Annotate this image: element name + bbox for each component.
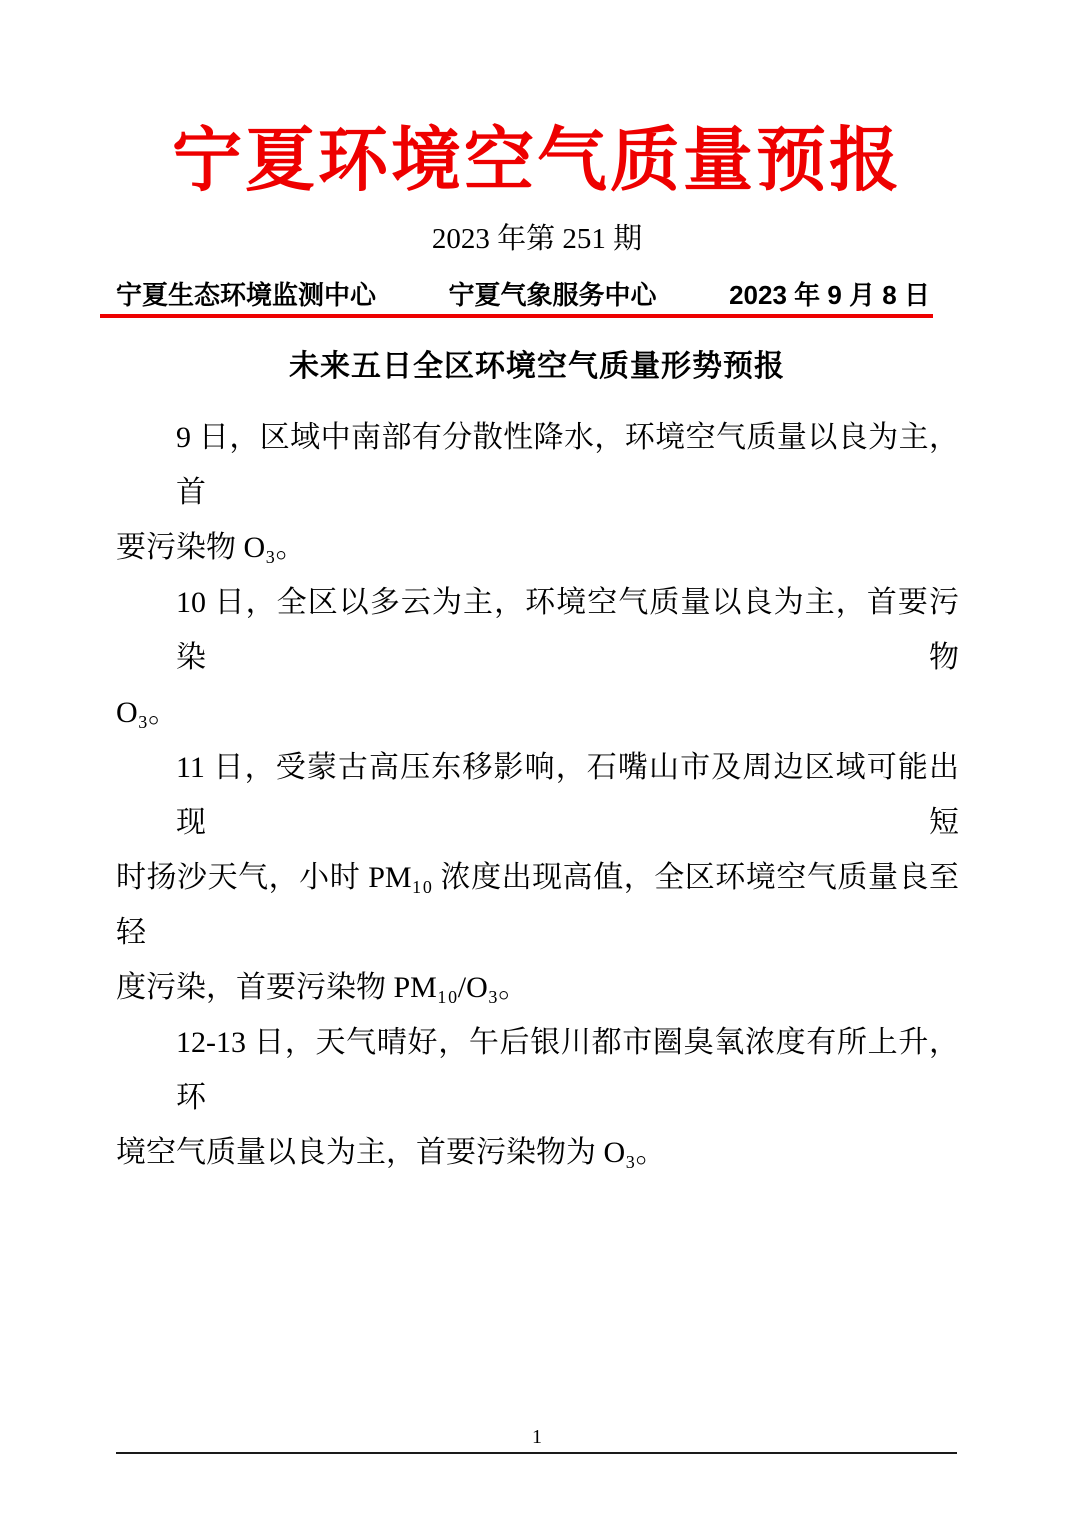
paragraph-line: 度污染，首要污染物 PM₁₀/O₃。 xyxy=(116,960,959,1015)
issue-date-label: 2023 年 9 月 8 日 xyxy=(729,279,930,311)
paragraph: 11 日，受蒙古高压东移影响，石嘴山市及周边区域可能出现短时扬沙天气，小时 PM… xyxy=(116,740,959,1015)
paragraph-line: 12-13 日，天气晴好，午后银川都市圈臭氧浓度有所上升，环 xyxy=(116,1015,959,1125)
paragraph: 9 日，区域中南部有分散性降水，环境空气质量以良为主，首要污染物 O₃。 xyxy=(116,410,959,575)
paragraph: 12-13 日，天气晴好，午后银川都市圈臭氧浓度有所上升，环境空气质量以良为主，… xyxy=(116,1015,959,1180)
paragraph-line: 11 日，受蒙古高压东移影响，石嘴山市及周边区域可能出现短 xyxy=(116,740,959,850)
paragraph: 10 日，全区以多云为主，环境空气质量以良为主，首要污染物O₃。 xyxy=(116,575,959,740)
footer-rule xyxy=(116,1452,957,1454)
paragraph-line: 9 日，区域中南部有分散性降水，环境空气质量以良为主，首 xyxy=(116,410,959,520)
org-center-label: 宁夏气象服务中心 xyxy=(449,279,657,311)
paragraph-line: O₃。 xyxy=(116,685,959,740)
body-paragraphs: 9 日，区域中南部有分散性降水，环境空气质量以良为主，首要污染物 O₃。10 日… xyxy=(116,410,959,1180)
paragraph-line: 时扬沙天气，小时 PM₁₀ 浓度出现高值，全区环境空气质量良至轻 xyxy=(116,850,959,960)
page-title: 宁夏环境空气质量预报 xyxy=(0,122,1074,203)
document-page: 宁夏环境空气质量预报 2023 年第 251 期 宁夏生态环境监测中心 宁夏气象… xyxy=(0,0,1074,1520)
page-number: 1 xyxy=(0,1424,1074,1450)
masthead-row: 宁夏生态环境监测中心 宁夏气象服务中心 2023 年 9 月 8 日 xyxy=(116,279,930,311)
org-left-label: 宁夏生态环境监测中心 xyxy=(116,279,376,311)
paragraph-line: 要污染物 O₃。 xyxy=(116,520,959,575)
paragraph-line: 境空气质量以良为主，首要污染物为 O₃。 xyxy=(116,1125,959,1180)
issue-number: 2023 年第 251 期 xyxy=(0,221,1074,257)
section-title: 未来五日全区环境空气质量形势预报 xyxy=(0,348,1074,386)
paragraph-line: 10 日，全区以多云为主，环境空气质量以良为主，首要污染物 xyxy=(116,575,959,685)
masthead-red-rule xyxy=(100,314,933,318)
